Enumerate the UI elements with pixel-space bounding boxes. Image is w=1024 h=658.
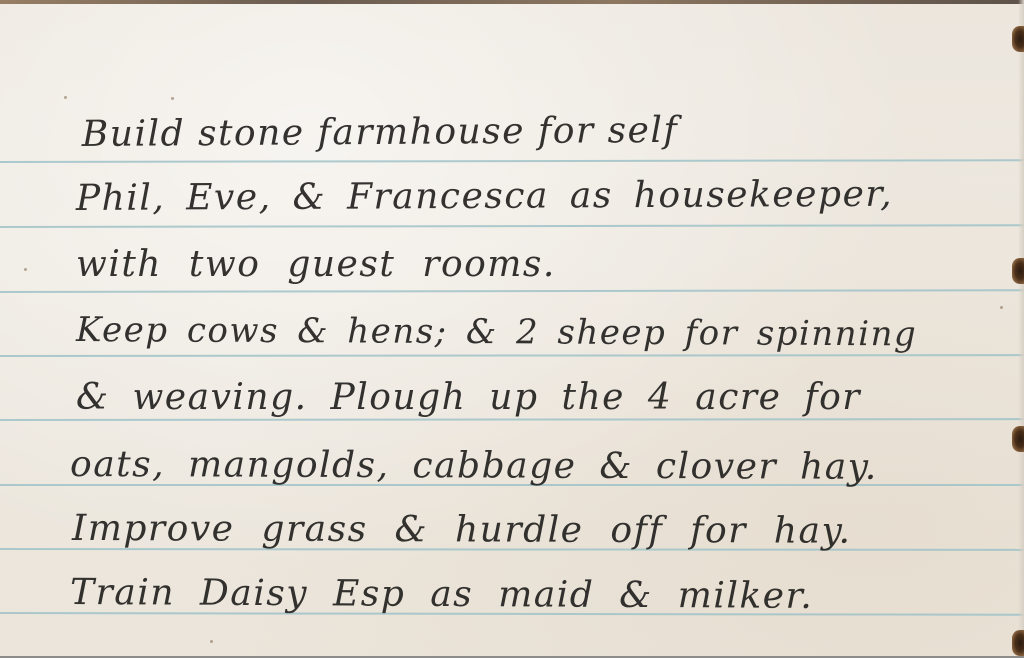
ruling-line [0, 418, 1024, 421]
page-right-margin [1018, 0, 1024, 658]
paper-speck [210, 640, 213, 643]
ruling-line [0, 159, 1024, 163]
handwritten-line-8: Train Daisy Esp as maid & milker. [70, 572, 813, 617]
handwritten-line-3: with two guest rooms. [76, 244, 556, 285]
handwritten-line-4: Keep cows & hens; & 2 sheep for spinning [76, 310, 917, 354]
page-top-edge [0, 0, 1024, 4]
handwritten-line-7: Improve grass & hurdle off for hay. [72, 508, 852, 552]
ruling-line [0, 289, 1024, 293]
ruling-line [0, 354, 1024, 357]
notebook-page: Build stone farmhouse for self Phil, Eve… [0, 0, 1024, 658]
ruling-line [0, 224, 1024, 228]
handwritten-line-1: Build stone farmhouse for self [82, 110, 679, 155]
paper-speck [1000, 306, 1003, 309]
binding-hole [1012, 630, 1024, 656]
binding-hole [1012, 258, 1024, 284]
handwritten-line-6: oats, mangolds, cabbage & clover hay. [70, 444, 878, 488]
paper-speck [64, 96, 67, 99]
paper-speck [24, 268, 27, 271]
handwritten-line-2: Phil, Eve, & Francesca as housekeeper, [76, 174, 893, 219]
binding-hole [1012, 26, 1024, 52]
paper-speck [171, 97, 174, 100]
binding-hole [1012, 426, 1024, 452]
handwritten-line-5: & weaving. Plough up the 4 acre for [76, 377, 861, 418]
